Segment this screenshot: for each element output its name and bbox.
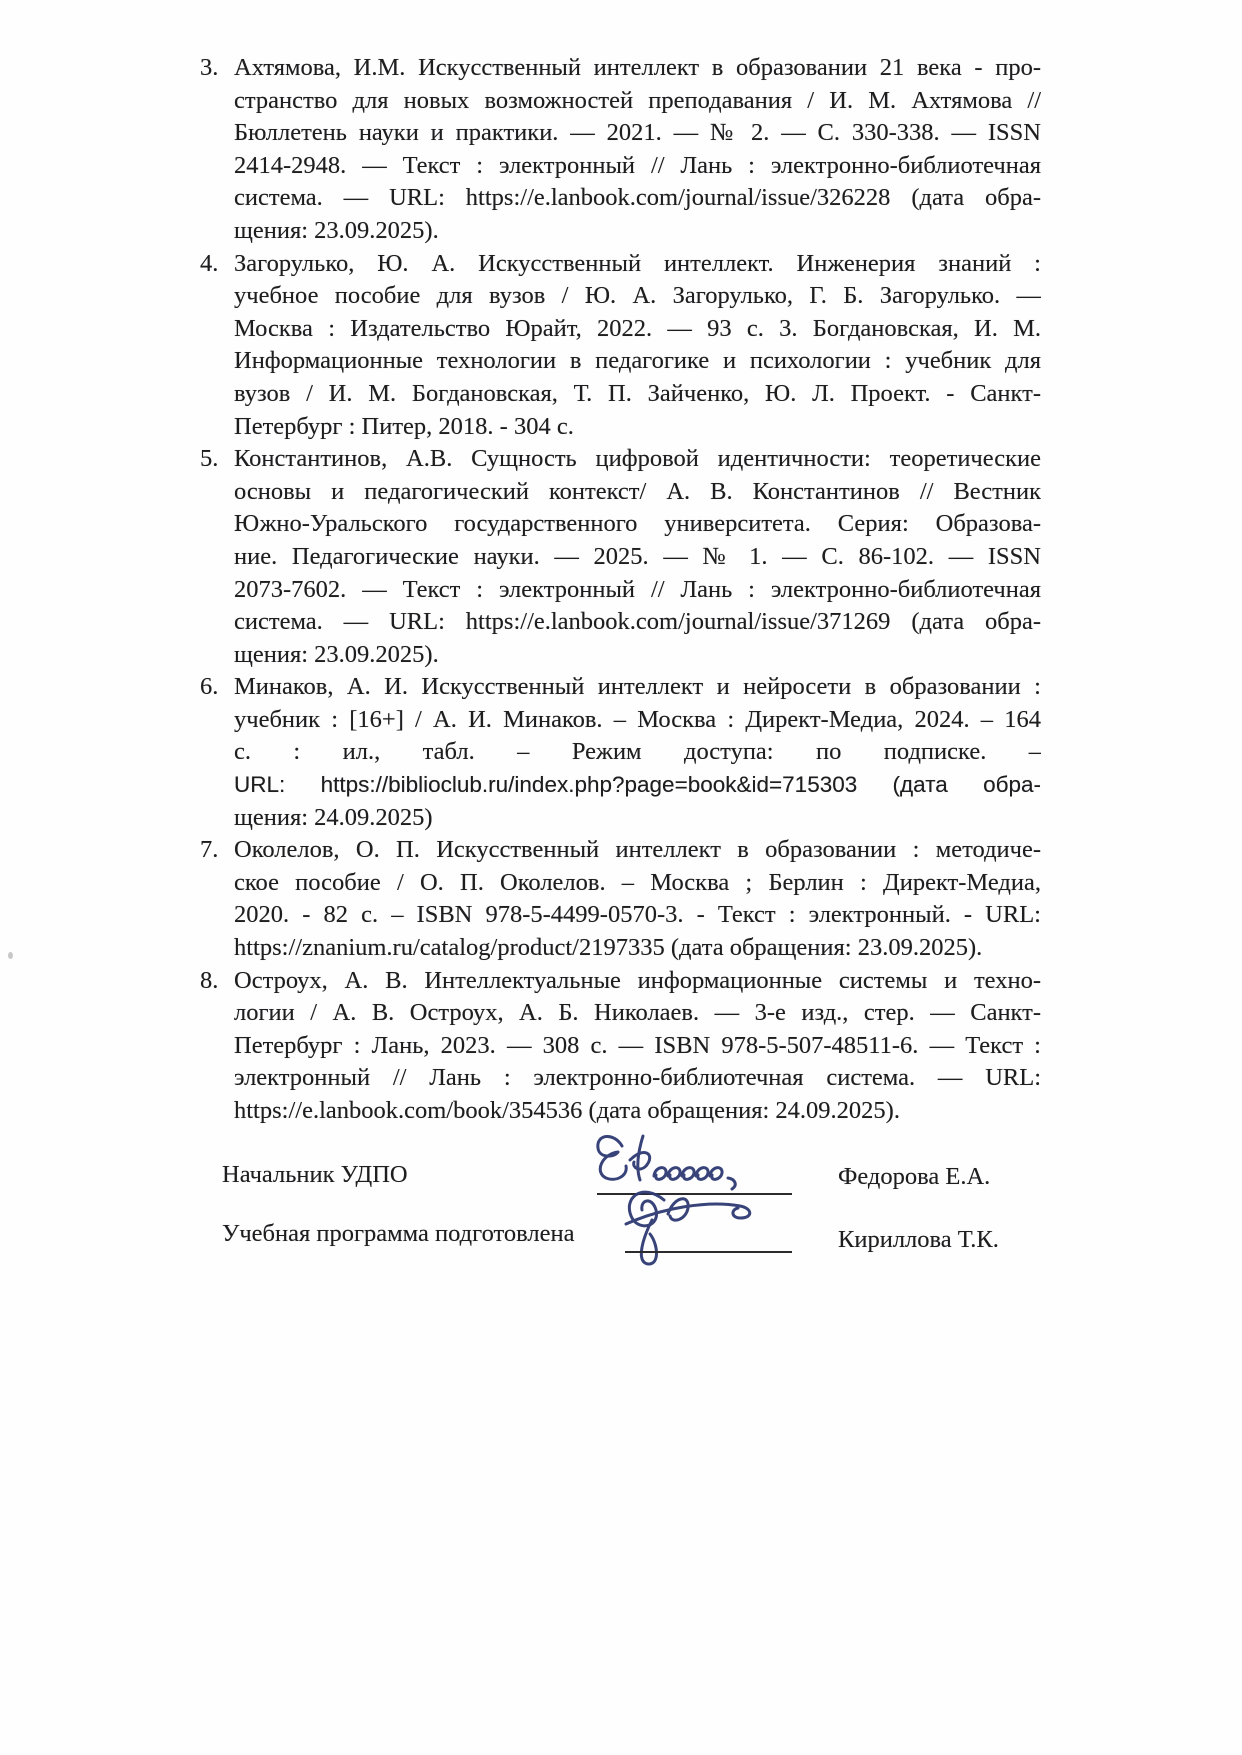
document-page: 3. Ахтямова, И.М. Искусственный интеллек… <box>0 0 1242 1755</box>
reference-text: Околелов, О. П. Искусственный интеллект … <box>234 834 1041 964</box>
reference-line: Петербург : Лань, 2023. — 308 с. — ISBN … <box>234 1030 1041 1063</box>
reference-line: ние. Педагогические науки. — 2025. — № 1… <box>234 541 1041 574</box>
reference-line: Загорулько, Ю. А. Искусственный интеллек… <box>234 248 1041 281</box>
scan-artifact-dot <box>8 952 13 959</box>
signoff-role-label: Учебная программа подготовлена <box>222 1220 574 1248</box>
reference-line: Москва : Издательство Юрайт, 2022. — 93 … <box>234 313 1041 346</box>
signoff-name: Кириллова Т.К. <box>838 1226 999 1254</box>
reference-line: https://znanium.ru/catalog/product/21973… <box>234 932 1041 965</box>
bibliography-list: 3. Ахтямова, И.М. Искусственный интеллек… <box>200 52 1042 1128</box>
signoff-name: Федорова Е.А. <box>838 1163 990 1191</box>
signature-kirillova-ink <box>612 1180 797 1272</box>
reference-line: учебное пособие для вузов / Ю. А. Загору… <box>234 280 1041 313</box>
reference-line: система. — URL: https://e.lanbook.com/jo… <box>234 182 1041 215</box>
reference-number: 6. <box>200 671 234 704</box>
reference-line: 2414-2948. — Текст : электронный // Лань… <box>234 150 1041 183</box>
reference-line: Южно-Уральского государственного универс… <box>234 508 1041 541</box>
signature-line <box>625 1251 792 1253</box>
reference-line: учебник : [16+] / А. И. Минаков. – Москв… <box>234 704 1041 737</box>
reference-line: 2073-7602. — Текст : электронный // Лань… <box>234 574 1041 607</box>
reference-line: ское пособие / О. П. Околелов. – Москва … <box>234 867 1041 900</box>
reference-number: 7. <box>200 834 234 867</box>
reference-line: Бюллетень науки и практики. — 2021. — № … <box>234 117 1041 150</box>
reference-number: 5. <box>200 443 234 476</box>
reference-text: Загорулько, Ю. А. Искусственный интеллек… <box>234 248 1041 444</box>
reference-item-5: 5. Константинов, А.В. Сущность цифровой … <box>200 443 1042 671</box>
reference-line: Минаков, А. И. Искусственный интеллект и… <box>234 671 1041 704</box>
reference-line: Остроух, А. В. Интеллектуальные информац… <box>234 965 1041 998</box>
reference-line: электронный // Лань : электронно-библиот… <box>234 1062 1041 1095</box>
reference-line: основы и педагогический контекст/ А. В. … <box>234 476 1041 509</box>
reference-line: Петербург : Питер, 2018. - 304 с. <box>234 411 1041 444</box>
reference-number: 4. <box>200 248 234 281</box>
reference-number: 8. <box>200 965 234 998</box>
reference-line: логии / А. В. Остроух, А. Б. Николаев. —… <box>234 997 1041 1030</box>
reference-line: щения: 24.09.2025) <box>234 802 1041 835</box>
reference-item-7: 7. Околелов, О. П. Искусственный интелле… <box>200 834 1042 964</box>
reference-text: Ахтямова, И.М. Искусственный интеллект в… <box>234 52 1041 248</box>
reference-line: система. — URL: https://e.lanbook.com/jo… <box>234 606 1041 639</box>
reference-line: Околелов, О. П. Искусственный интеллект … <box>234 834 1041 867</box>
reference-line: щения: 23.09.2025). <box>234 215 1041 248</box>
reference-text: Остроух, А. В. Интеллектуальные информац… <box>234 965 1041 1128</box>
reference-item-4: 4. Загорулько, Ю. А. Искусственный интел… <box>200 248 1042 444</box>
signoff-role-label: Начальник УДПО <box>222 1161 408 1189</box>
reference-text: Константинов, А.В. Сущность цифровой иде… <box>234 443 1041 671</box>
reference-line: https://e.lanbook.com/book/354536 (дата … <box>234 1095 1041 1128</box>
reference-item-3: 3. Ахтямова, И.М. Искусственный интеллек… <box>200 52 1042 248</box>
reference-text: Минаков, А. И. Искусственный интеллект и… <box>234 671 1041 834</box>
reference-line: вузов / И. М. Богдановская, Т. П. Зайчен… <box>234 378 1041 411</box>
reference-item-8: 8. Остроух, А. В. Интеллектуальные инфор… <box>200 965 1042 1128</box>
reference-line: щения: 23.09.2025). <box>234 639 1041 672</box>
reference-line: Ахтямова, И.М. Искусственный интеллект в… <box>234 52 1041 85</box>
reference-line: странство для новых возможностей препода… <box>234 85 1041 118</box>
reference-line-url: URL: https://biblioclub.ru/index.php?pag… <box>234 769 1041 802</box>
reference-line: Информационные технологии в педагогике и… <box>234 345 1041 378</box>
reference-item-6: 6. Минаков, А. И. Искусственный интеллек… <box>200 671 1042 834</box>
reference-line: Константинов, А.В. Сущность цифровой иде… <box>234 443 1041 476</box>
reference-line: с. : ил., табл. – Режим доступа: по подп… <box>234 736 1041 769</box>
reference-number: 3. <box>200 52 234 85</box>
reference-line: 2020. - 82 с. – ISBN 978-5-4499-0570-3. … <box>234 899 1041 932</box>
